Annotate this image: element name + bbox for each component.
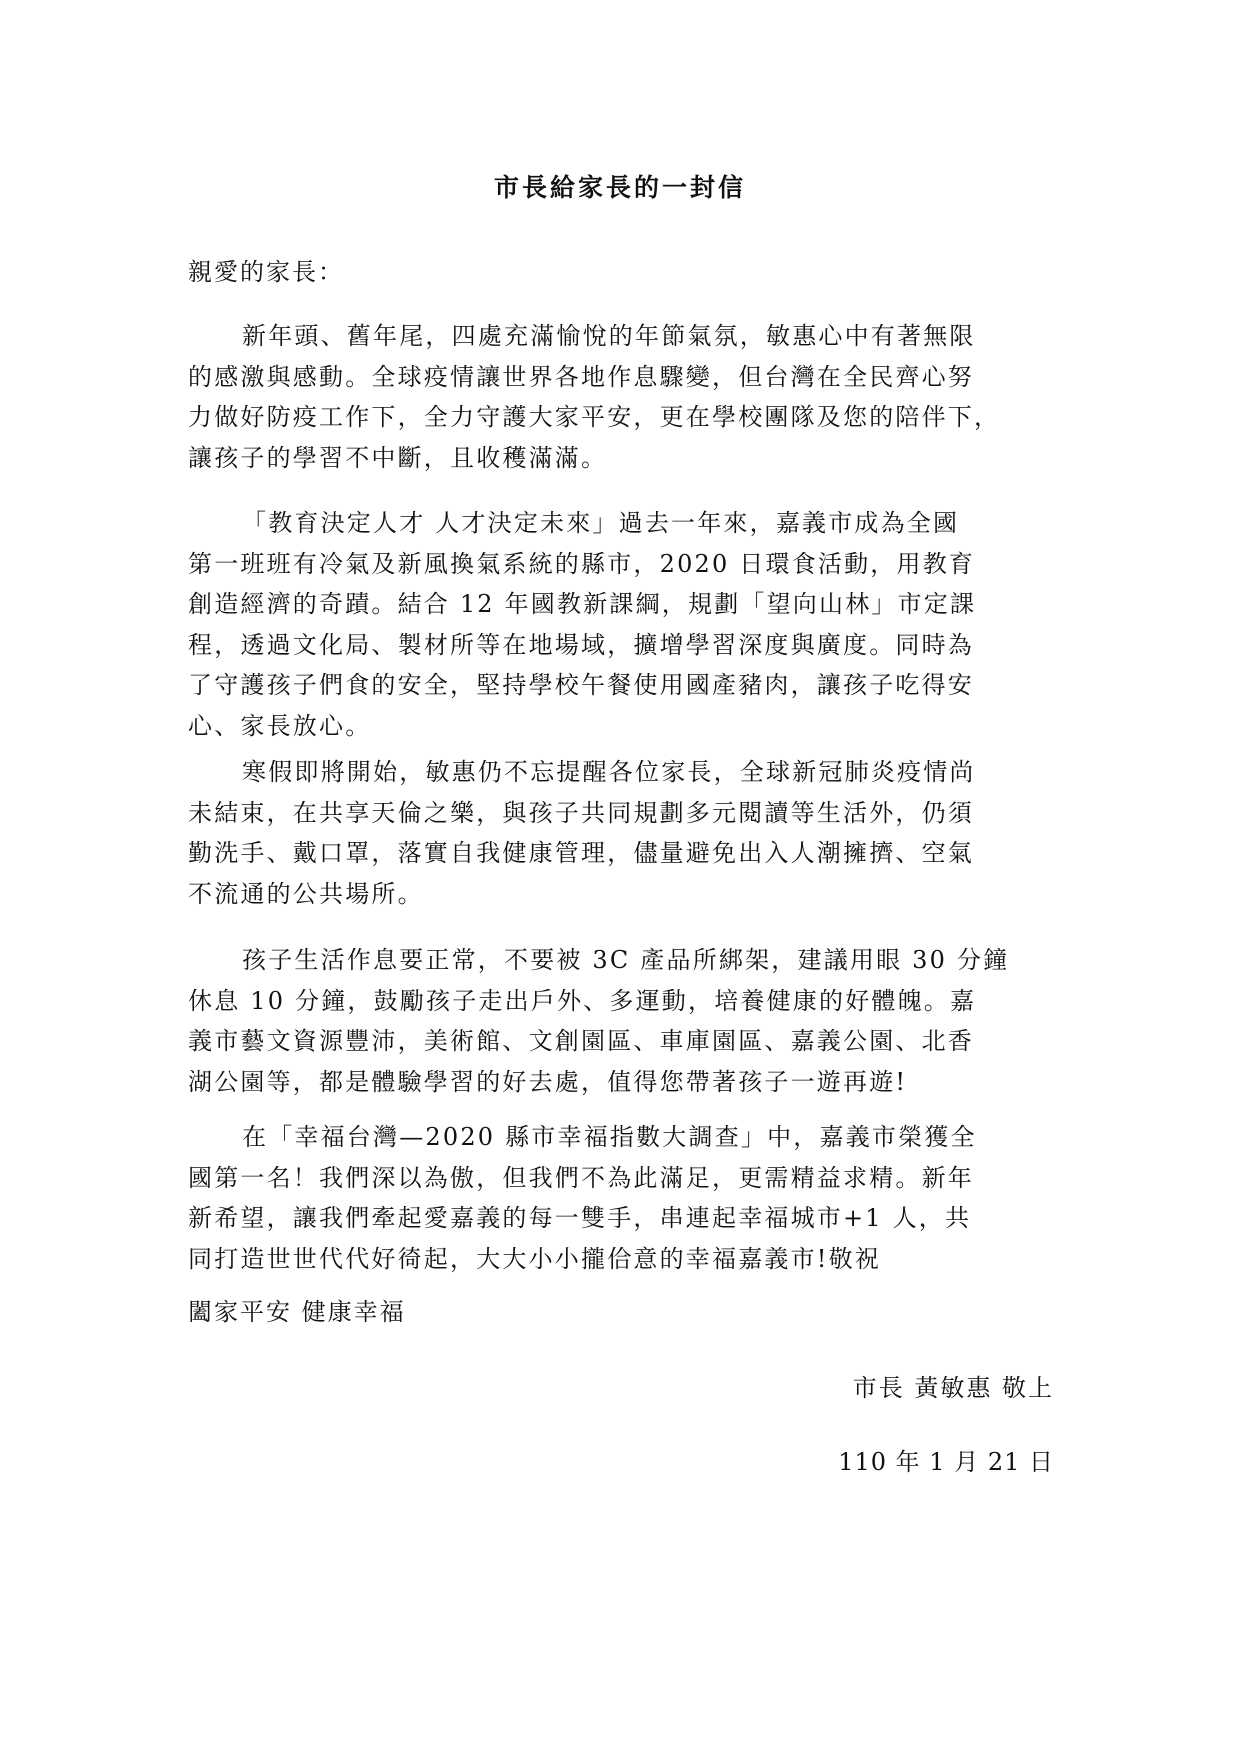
paragraph-line: 心、家長放心。 [188, 706, 1053, 747]
paragraph-line: 寒假即將開始，敏惠仍不忘提醒各位家長，全球新冠肺炎疫情尚 [188, 752, 1053, 793]
paragraph-line: 的感激與感動。全球疫情讓世界各地作息驟變，但台灣在全民齊心努 [188, 357, 1053, 398]
letter-date: 110 年 1 月 21 日 [838, 1442, 1054, 1482]
paragraph-line: 讓孩子的學習不中斷，且收穫滿滿。 [188, 438, 1053, 479]
paragraph-line: 未結束，在共享天倫之樂，與孩子共同規劃多元閱讀等生活外，仍須 [188, 793, 1053, 834]
letter-closing: 闔家平安 健康幸福 [188, 1292, 406, 1332]
paragraph-education-achievements: 「教育決定人才 人才決定未來」過去一年來，嘉義市成為全國 第一班班有冷氣及新風換… [188, 503, 1053, 746]
paragraph-line: 新年頭、舊年尾，四處充滿愉悅的年節氣氛，敏惠心中有著無限 [188, 316, 1053, 357]
paragraph-line: 程，透過文化局、製材所等在地場域，擴增學習深度與廣度。同時為 [188, 625, 1053, 666]
paragraph-line: 國第一名！我們深以為傲，但我們不為此滿足，更需精益求精。新年 [188, 1158, 1053, 1199]
paragraph-line: 創造經濟的奇蹟。結合 12 年國教新課綱，規劃「望向山林」市定課 [188, 584, 1053, 625]
paragraph-line: 在「幸福台灣—2020 縣市幸福指數大調查」中，嘉義市榮獲全 [188, 1117, 1053, 1158]
paragraph-line: 「教育決定人才 人才決定未來」過去一年來，嘉義市成為全國 [188, 503, 1053, 544]
paragraph-line: 新希望，讓我們牽起愛嘉義的每一雙手，串連起幸福城市+1 人，共 [188, 1198, 1053, 1239]
paragraph-winter-break-reminder: 寒假即將開始，敏惠仍不忘提醒各位家長，全球新冠肺炎疫情尚 未結束，在共享天倫之樂… [188, 752, 1053, 914]
paragraph-new-year-greeting: 新年頭、舊年尾，四處充滿愉悅的年節氣氛，敏惠心中有著無限 的感激與感動。全球疫情… [188, 316, 1053, 478]
letter-salutation: 親愛的家長： [188, 252, 344, 292]
paragraph-line: 湖公園等，都是體驗學習的好去處，值得您帶著孩子一遊再遊! [188, 1062, 1053, 1103]
paragraph-happiness-ranking: 在「幸福台灣—2020 縣市幸福指數大調查」中，嘉義市榮獲全 國第一名！我們深以… [188, 1117, 1053, 1279]
letter-title: 市長給家長的一封信 [0, 168, 1240, 208]
paragraph-line: 了守護孩子們食的安全，堅持學校午餐使用國產豬肉，讓孩子吃得安 [188, 665, 1053, 706]
paragraph-line: 休息 10 分鐘，鼓勵孩子走出戶外、多運動，培養健康的好體魄。嘉 [188, 981, 1053, 1022]
paragraph-line: 同打造世世代代好徛起，大大小小攏佮意的幸福嘉義市!敬祝 [188, 1239, 1053, 1280]
paragraph-line: 孩子生活作息要正常，不要被 3C 產品所綁架，建議用眼 30 分鐘 [188, 940, 1053, 981]
letter-page: 市長給家長的一封信 親愛的家長： 新年頭、舊年尾，四處充滿愉悅的年節氣氛，敏惠心… [0, 0, 1240, 1754]
paragraph-line: 義市藝文資源豐沛，美術館、文創園區、車庫園區、嘉義公園、北香 [188, 1021, 1053, 1062]
paragraph-line: 勤洗手、戴口罩，落實自我健康管理，儘量避免出入人潮擁擠、空氣 [188, 833, 1053, 874]
paragraph-line: 力做好防疫工作下，全力守護大家平安，更在學校團隊及您的陪伴下， [188, 397, 1053, 438]
paragraph-line: 第一班班有冷氣及新風換氣系統的縣市，2020 日環食活動，用教育 [188, 544, 1053, 585]
paragraph-healthy-lifestyle: 孩子生活作息要正常，不要被 3C 產品所綁架，建議用眼 30 分鐘 休息 10 … [188, 940, 1053, 1102]
paragraph-line: 不流通的公共場所。 [188, 874, 1053, 915]
letter-signature: 市長 黃敏惠 敬上 [853, 1368, 1054, 1408]
